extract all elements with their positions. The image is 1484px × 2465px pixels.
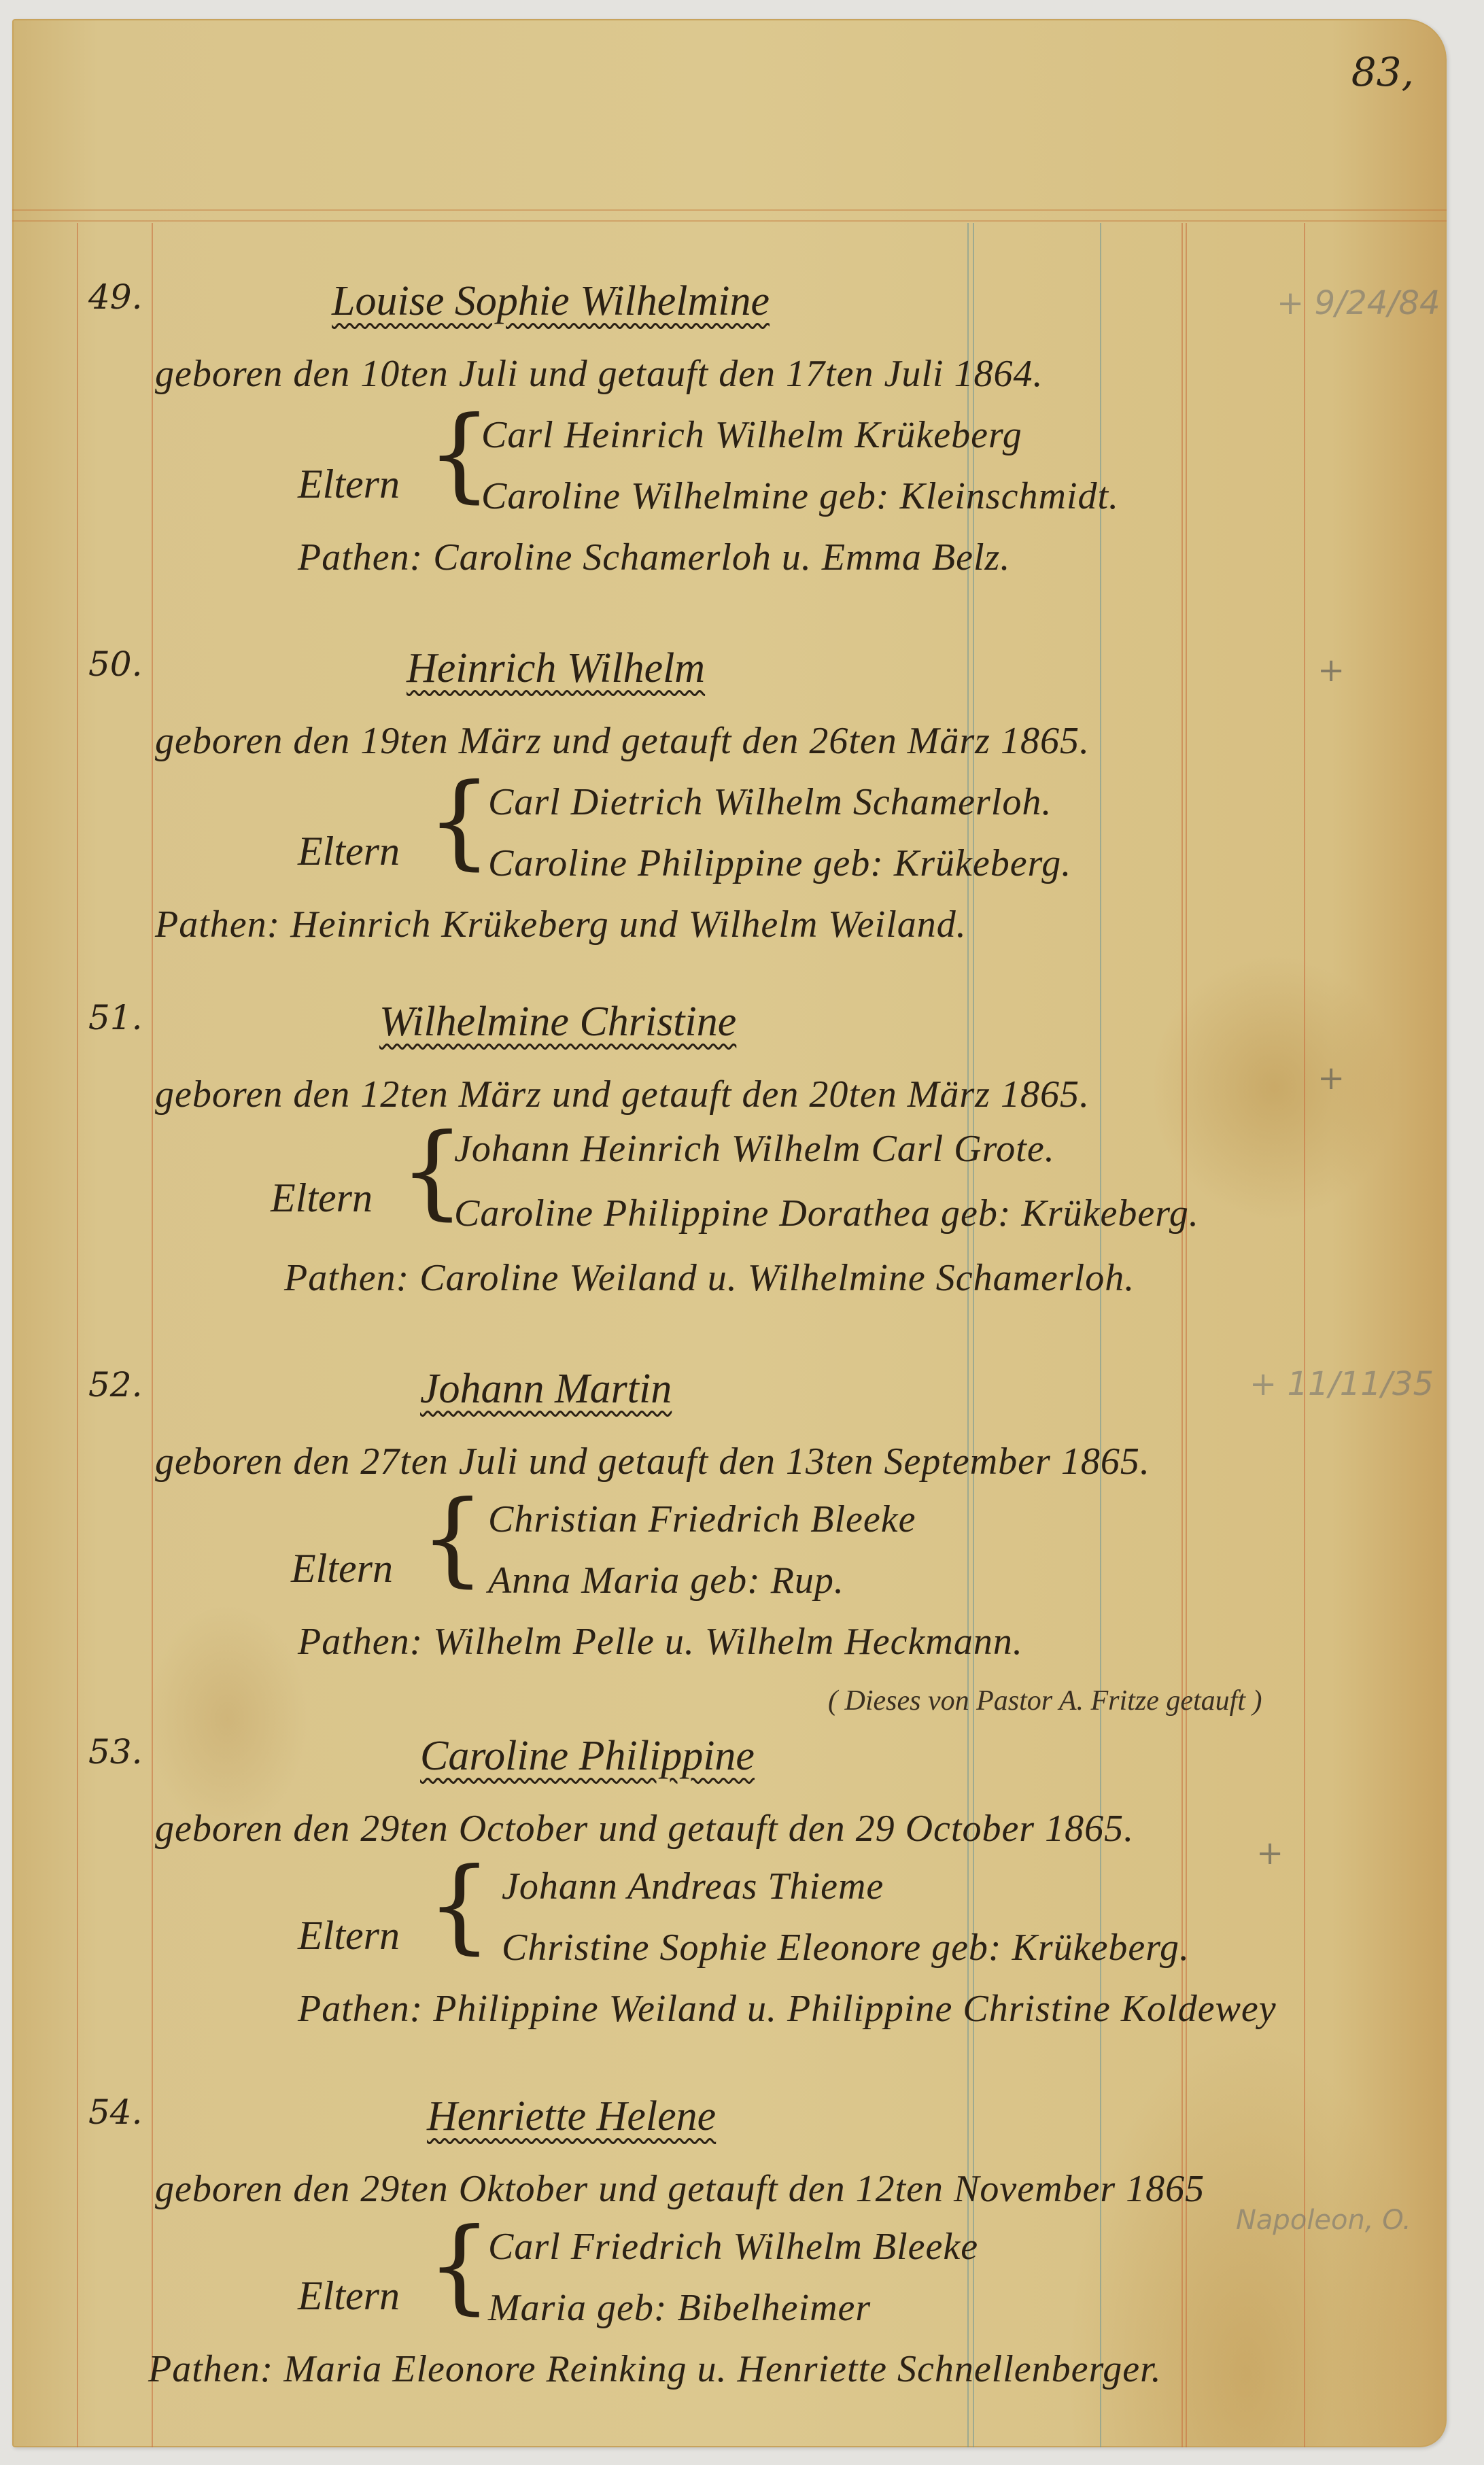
godparents: Pathen: Caroline Weiland u. Wilhelmine S…	[284, 1256, 1135, 1300]
column-rule	[1186, 223, 1187, 2447]
mother-name: Anna Maria geb: Rup.	[488, 1559, 844, 1602]
header-rule	[12, 220, 1447, 222]
margin-note: + 11/11/35	[1249, 1365, 1434, 1403]
godparents: Pathen: Philippine Weiland u. Philippine…	[298, 1987, 1277, 2031]
godparents: Pathen: Maria Eleonore Reinking u. Henri…	[148, 2347, 1162, 2391]
parents-label: Eltern	[298, 1912, 400, 1959]
father-name: Carl Heinrich Wilhelm Krükeberg	[481, 413, 1022, 457]
margin-note: Napoleon, O.	[1236, 2205, 1411, 2236]
father-name: Carl Friedrich Wilhelm Bleeke	[488, 2225, 978, 2269]
parents-label: Eltern	[291, 1545, 393, 1592]
column-rule	[1100, 223, 1101, 2447]
birth-baptism-dates: geboren den 19ten März und getauft den 2…	[155, 719, 1090, 763]
father-name: Christian Friedrich Bleeke	[488, 1498, 916, 1541]
parents-label: Eltern	[298, 461, 400, 508]
child-name: Wilhelmine Christine	[379, 998, 736, 1046]
entry-number: 50.	[88, 644, 143, 684]
page-number: 83,	[1351, 49, 1414, 95]
child-name: Henriette Helene	[427, 2092, 716, 2141]
mother-name: Christine Sophie Eleonore geb: Krükeberg…	[502, 1926, 1190, 1969]
header-rule	[12, 209, 1447, 211]
brace-icon: {	[420, 1487, 485, 1589]
register-page: 83, 49. Louise Sophie Wilhelmine + 9/24/…	[12, 19, 1447, 2447]
entry-number: 53.	[88, 1732, 143, 1772]
margin-rule	[77, 223, 78, 2447]
birth-baptism-dates: geboren den 12ten März und getauft den 2…	[155, 1073, 1090, 1116]
mother-name: Caroline Philippine geb: Krükeberg.	[488, 842, 1071, 885]
mother-name: Maria geb: Bibelheimer	[488, 2286, 871, 2330]
death-cross-icon: +	[1256, 1834, 1283, 1872]
death-cross-icon: +	[1317, 651, 1345, 689]
godparents: Pathen: Wilhelm Pelle u. Wilhelm Heckman…	[298, 1620, 1023, 1664]
child-name: Caroline Philippine	[420, 1732, 755, 1780]
birth-baptism-dates: geboren den 29ten October und getauft de…	[155, 1807, 1134, 1850]
child-name: Louise Sophie Wilhelmine	[332, 277, 770, 326]
margin-note: + 9/24/84	[1277, 284, 1440, 322]
margin-rule	[152, 223, 153, 2447]
godparents: Pathen: Caroline Schamerloh u. Emma Belz…	[298, 536, 1010, 579]
brace-icon: {	[427, 770, 491, 872]
column-rule	[1181, 223, 1183, 2447]
parents-label: Eltern	[298, 2273, 400, 2320]
child-name: Heinrich Wilhelm	[407, 644, 705, 693]
mother-name: Caroline Wilhelmine geb: Kleinschmidt.	[481, 475, 1119, 518]
birth-baptism-dates: geboren den 29ten Oktober und getauft de…	[155, 2167, 1205, 2211]
birth-baptism-dates: geboren den 10ten Juli und getauft den 1…	[155, 352, 1043, 396]
entry-number: 51.	[88, 998, 143, 1037]
parents-label: Eltern	[298, 828, 400, 875]
entry-number: 49.	[88, 277, 143, 317]
entry-number: 54.	[88, 2092, 143, 2132]
mother-name: Caroline Philippine Dorathea geb: Krükeb…	[454, 1192, 1199, 1235]
parents-label: Eltern	[271, 1175, 373, 1222]
father-name: Johann Heinrich Wilhelm Carl Grote.	[454, 1127, 1055, 1171]
birth-baptism-dates: geboren den 27ten Juli und getauft den 1…	[155, 1440, 1150, 1483]
entry-number: 52.	[88, 1365, 143, 1404]
father-name: Carl Dietrich Wilhelm Schamerloh.	[488, 780, 1052, 824]
baptism-note: ( Dieses von Pastor A. Fritze getauft )	[828, 1685, 1262, 1717]
brace-icon: {	[427, 2215, 491, 2317]
godparents: Pathen: Heinrich Krükeberg und Wilhelm W…	[155, 903, 967, 946]
brace-icon: {	[427, 1855, 491, 1957]
father-name: Johann Andreas Thieme	[502, 1865, 884, 1908]
column-rule	[1304, 223, 1305, 2447]
death-cross-icon: +	[1317, 1059, 1345, 1097]
child-name: Johann Martin	[420, 1365, 672, 1413]
